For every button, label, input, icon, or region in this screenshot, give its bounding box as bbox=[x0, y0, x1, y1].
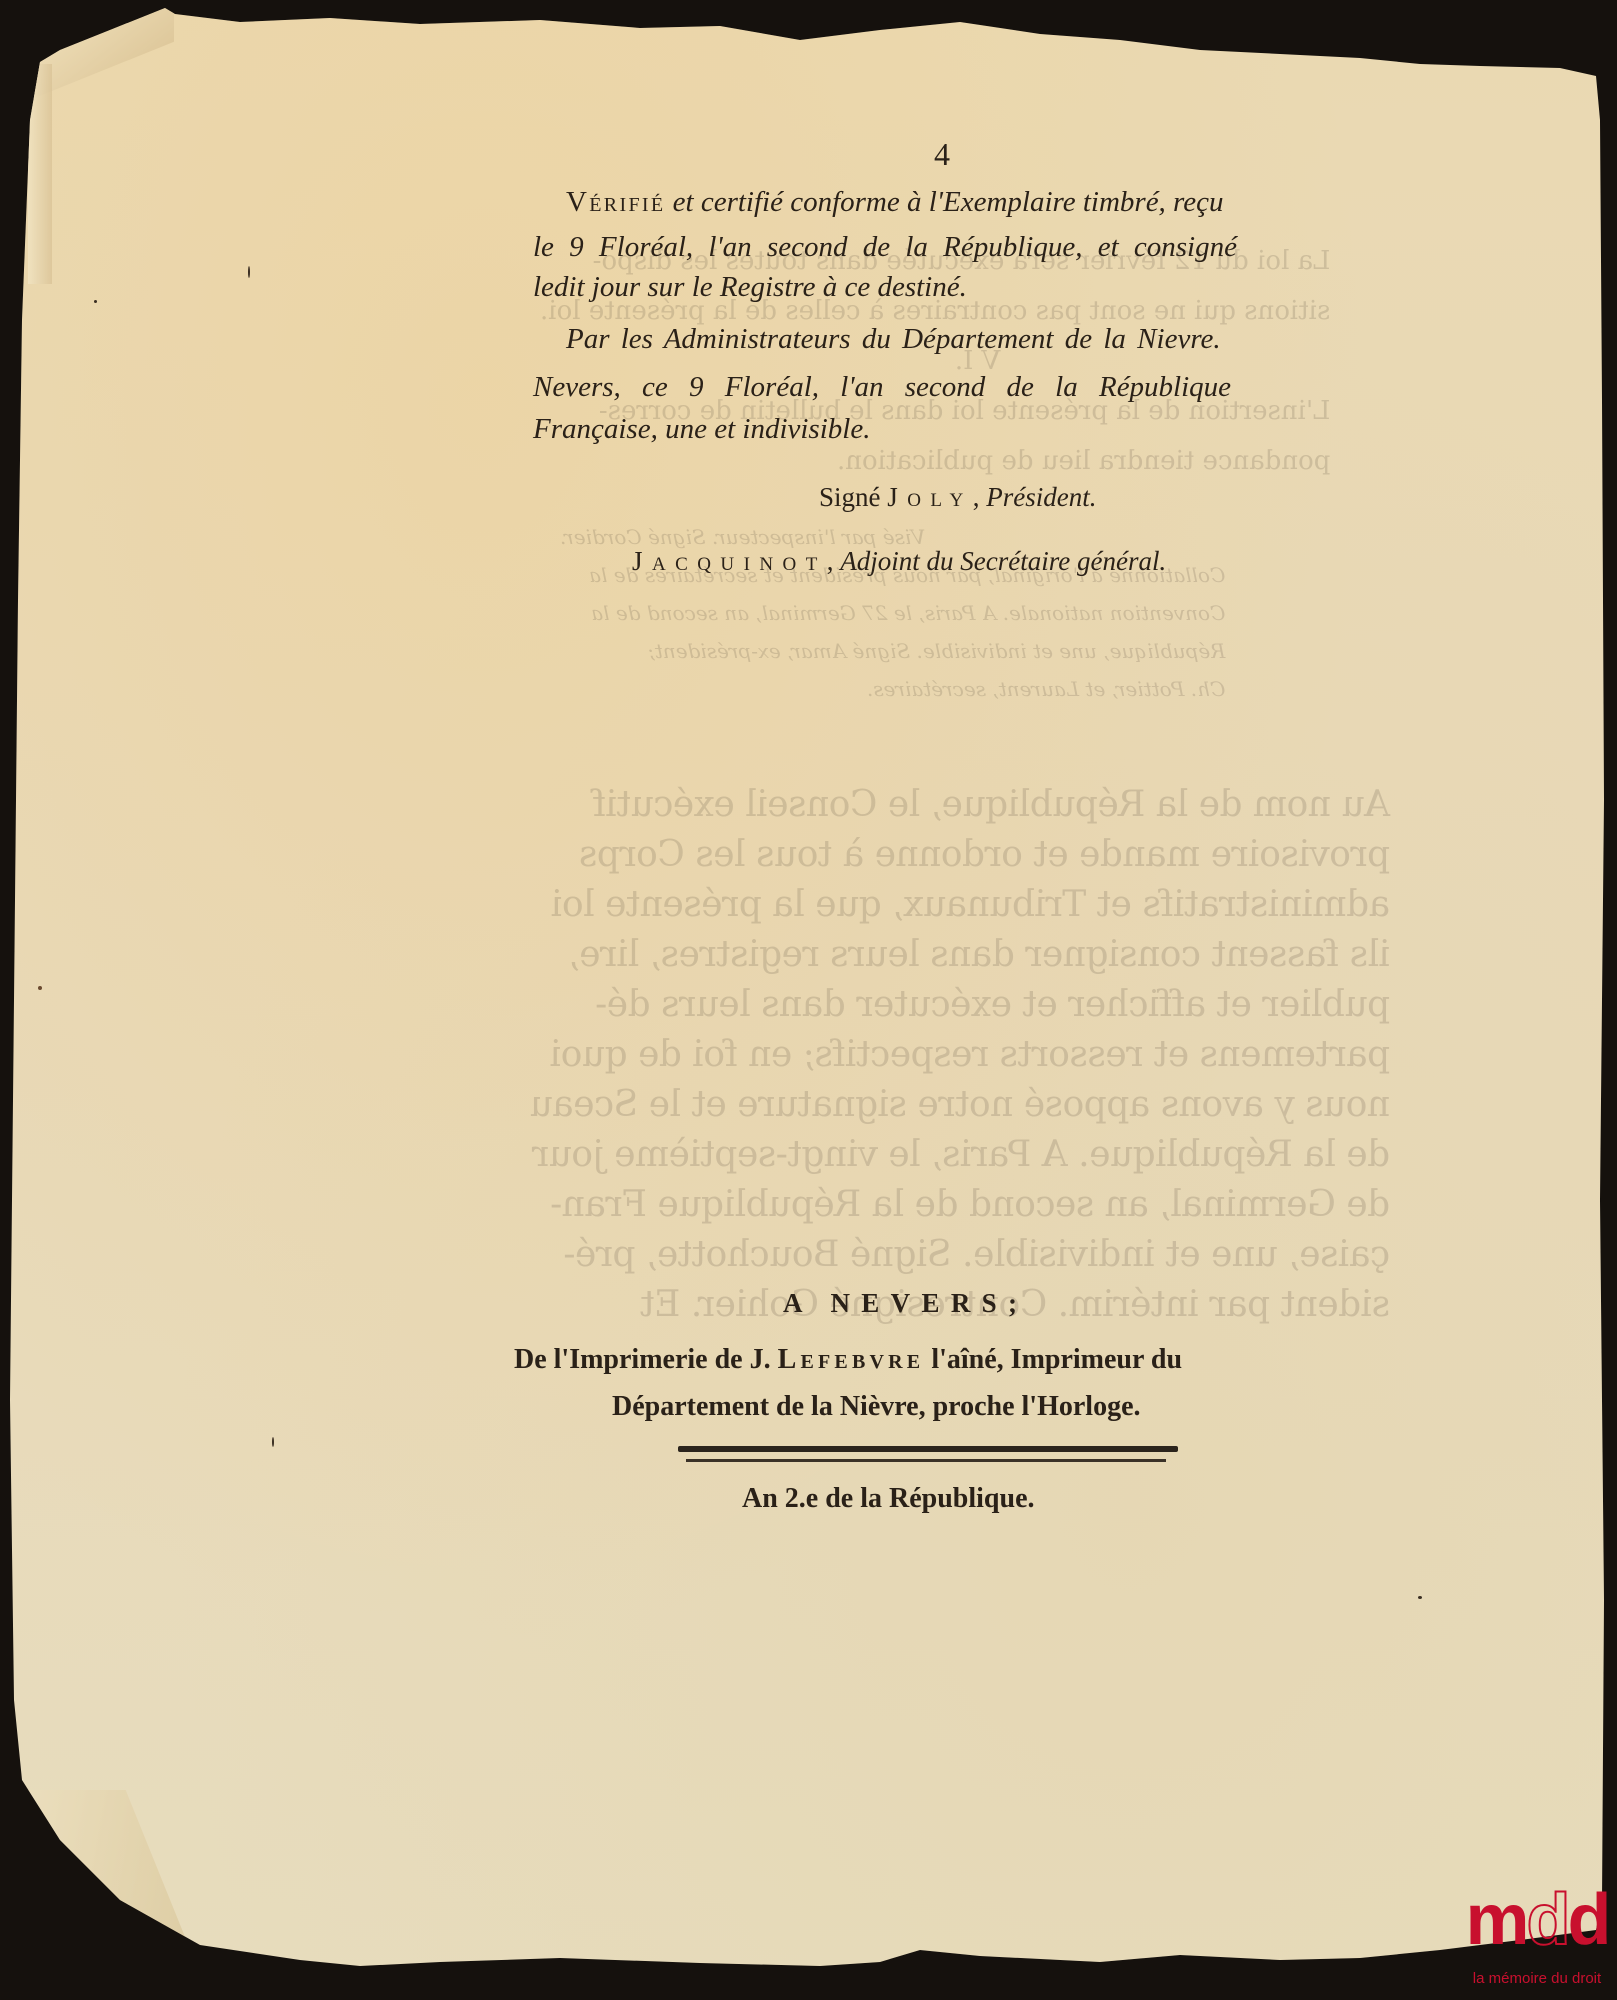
logo-letter-d-outline: d bbox=[1527, 1880, 1568, 1960]
certification-line-3: ledit jour sur le Registre à ce destiné. bbox=[533, 271, 967, 304]
secretary-title: Adjoint du Secrétaire général. bbox=[840, 546, 1166, 576]
bleed-line: Ch. Pottier, et Laurent, secrétaires. bbox=[560, 670, 1225, 708]
imprint-printer-after: l'aîné, Imprimeur du bbox=[924, 1344, 1182, 1375]
ornamental-rule bbox=[678, 1446, 1178, 1452]
bleed-line: République, une et indivisible. Signé Am… bbox=[560, 632, 1225, 670]
certification-text: et certifié conforme à l'Exemplaire timb… bbox=[665, 186, 1223, 218]
bleed-line: Au nom de la République, le Conseil exéc… bbox=[530, 780, 1390, 830]
logo-letter-m: m bbox=[1466, 1880, 1527, 1960]
certification-lead: Vérifié bbox=[566, 186, 665, 218]
certification-line-2: le 9 Floréal, l'an second de la Républiq… bbox=[533, 231, 1237, 264]
authority-line-3: Française, une et indivisible. bbox=[533, 413, 870, 446]
imprint-printer-line-1: De l'Imprimerie de J. Lefebvre l'aîné, I… bbox=[514, 1344, 1182, 1376]
bleed-line: de la République. A Paris, le vingt-sept… bbox=[530, 1130, 1390, 1180]
logo-letter-d: d bbox=[1568, 1880, 1609, 1960]
bleed-line: de Germinal, an second de la République … bbox=[530, 1180, 1390, 1230]
bleed-through-proclamation: Au nom de la République, le Conseil exéc… bbox=[530, 780, 1390, 1330]
authority-line-1: Par les Administrateurs du Département d… bbox=[566, 323, 1221, 356]
paper-speck bbox=[94, 300, 97, 303]
imprint-printer-before: De l'Imprimerie de J. bbox=[514, 1344, 778, 1375]
paper-speck bbox=[272, 1437, 274, 1447]
president-signature: Signé Joly, Président. bbox=[819, 482, 1096, 513]
printer-name: Lefebvre bbox=[778, 1344, 925, 1375]
document-page: La loi du 12 février sera exécutée dans … bbox=[0, 0, 1617, 2000]
ornamental-rule-thin bbox=[686, 1459, 1166, 1462]
signature-separator: , bbox=[973, 482, 987, 512]
bleed-line: Convention nationale. A Paris, le 27 Ger… bbox=[560, 594, 1225, 632]
mdd-logo-mark: mdd bbox=[1458, 1884, 1616, 1956]
imprint-date: An 2.e de la République. bbox=[742, 1483, 1035, 1515]
paper-speck bbox=[1418, 1596, 1422, 1599]
signature-prefix: Signé bbox=[819, 482, 887, 512]
folded-edge-left bbox=[28, 64, 52, 284]
imprint-place: A NEVERS; bbox=[783, 1288, 1028, 1319]
folded-corner-top bbox=[34, 0, 174, 98]
bleed-line: nous y avons apposé notre signature et l… bbox=[530, 1080, 1390, 1130]
bleed-line: administratifs et Tribunaux, que la prés… bbox=[530, 880, 1390, 930]
page-number: 4 bbox=[934, 136, 950, 173]
authority-line-2: Nevers, ce 9 Floréal, l'an second de la … bbox=[533, 371, 1231, 404]
president-name: Joly bbox=[887, 482, 972, 512]
paper-speck bbox=[38, 986, 42, 990]
mdd-watermark-logo: mdd la mémoire du droit bbox=[1458, 1884, 1616, 1987]
bleed-line: publier et afficher et exécuter dans leu… bbox=[530, 980, 1390, 1030]
president-title: Président. bbox=[986, 482, 1096, 512]
imprint-printer-line-2: Département de la Nièvre, proche l'Horlo… bbox=[612, 1391, 1141, 1423]
paper-speck bbox=[248, 266, 250, 278]
bleed-line: ils fassent consigner dans leurs registr… bbox=[530, 930, 1390, 980]
folded-corner-bottom bbox=[6, 1790, 195, 1960]
logo-tagline: la mémoire du droit bbox=[1458, 1970, 1616, 1987]
secretary-signature: Jacquinot, Adjoint du Secrétaire général… bbox=[632, 546, 1166, 577]
bleed-line: partemens et ressorts respectifs; en foi… bbox=[530, 1030, 1390, 1080]
signature-separator: , bbox=[827, 546, 841, 576]
secretary-name: Jacquinot bbox=[632, 546, 827, 576]
certification-line-1: Vérifié et certifié conforme à l'Exempla… bbox=[566, 186, 1224, 219]
bleed-line: çaise, une et indivisible. Signé Bouchot… bbox=[530, 1230, 1390, 1280]
bleed-line: provisoire mande et ordonne à tous les C… bbox=[530, 830, 1390, 880]
